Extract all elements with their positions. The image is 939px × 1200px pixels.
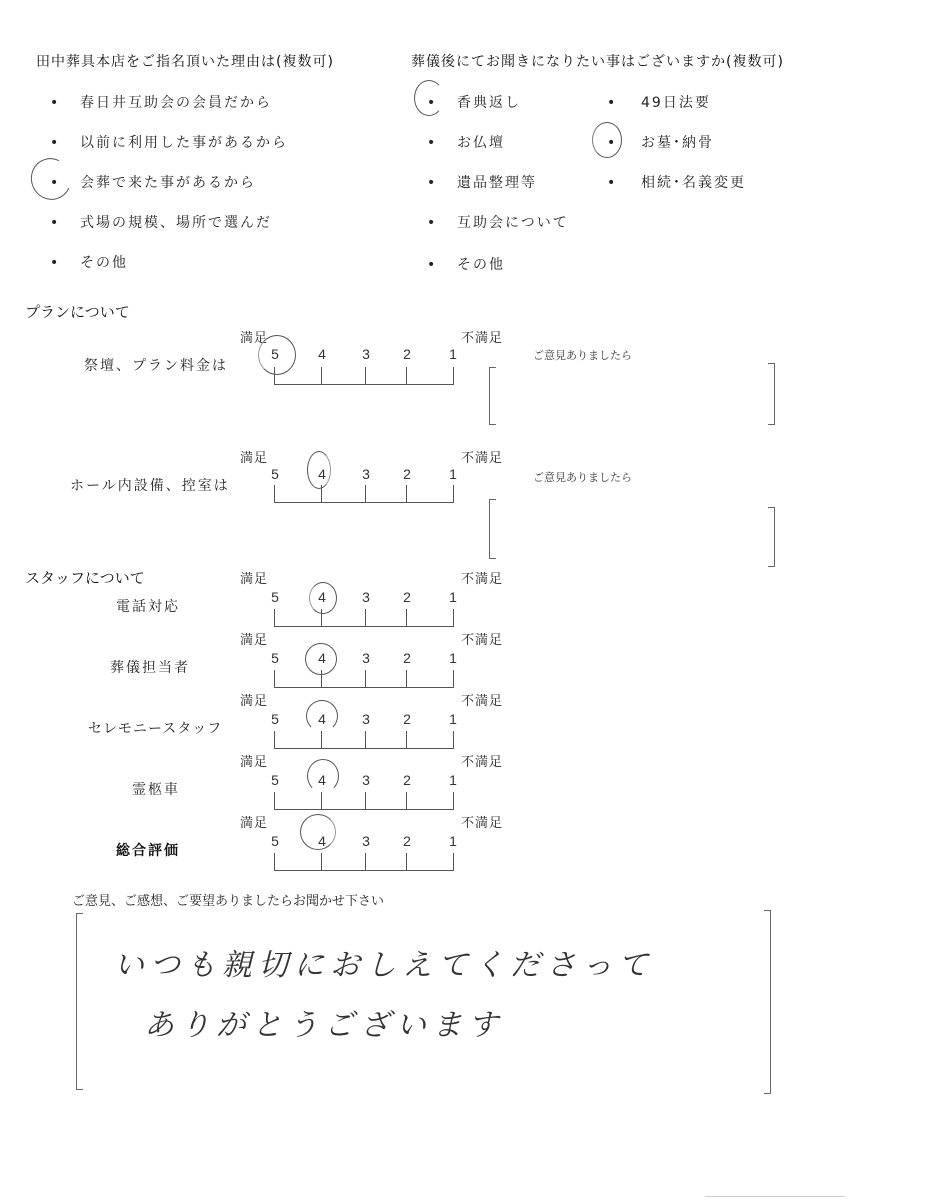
row-label: 葬儀担当者: [110, 657, 190, 677]
scale-number-3[interactable]: 3: [358, 466, 374, 482]
scale-tick: [406, 731, 407, 748]
scale-tick: [453, 792, 454, 809]
reason-option-other[interactable]: •その他: [50, 252, 128, 272]
scale-number-2[interactable]: 2: [399, 650, 415, 666]
selected-rating-circle: [300, 814, 336, 850]
satisfied-label: 満足: [240, 690, 268, 709]
scale-number-3[interactable]: 3: [358, 346, 374, 362]
scale-tick: [365, 485, 366, 503]
unsatisfied-label: 不満足: [461, 447, 503, 466]
plan-section-title: プランについて: [25, 301, 130, 322]
bullet-icon: •: [50, 215, 80, 231]
scale-number-3[interactable]: 3: [358, 589, 374, 605]
scale-tick: [453, 670, 454, 687]
scale-number-5[interactable]: 5: [267, 466, 283, 482]
scale-number-2[interactable]: 2: [399, 833, 415, 849]
inquiry-option-inheritance[interactable]: •相続･名義変更: [607, 172, 746, 192]
scale-tick: [321, 792, 322, 809]
option-label: 遺品整理等: [457, 175, 537, 191]
reason-option-member[interactable]: •春日井互助会の会員だから: [50, 92, 272, 112]
scale-tick: [406, 853, 407, 870]
unsatisfied-label: 不満足: [461, 629, 503, 648]
scale-number-5[interactable]: 5: [267, 589, 283, 605]
bullet-icon: •: [50, 255, 80, 271]
scale-axis: [274, 384, 454, 385]
scale-number-1[interactable]: 1: [445, 466, 461, 482]
comment-box-left-bracket[interactable]: [489, 367, 496, 425]
scale-tick: [365, 853, 366, 870]
row-label: 霊柩車: [132, 779, 180, 799]
scale-number-3[interactable]: 3: [358, 711, 374, 727]
bullet-icon: •: [50, 95, 80, 111]
row-label: セレモニースタッフ: [88, 718, 222, 738]
row-label: 電話対応: [116, 596, 180, 616]
scale-tick: [365, 609, 366, 626]
satisfied-label: 満足: [240, 447, 268, 466]
scale-axis: [274, 502, 454, 503]
scale-tick: [453, 367, 454, 385]
scale-tick: [453, 731, 454, 748]
bullet-icon: •: [427, 257, 457, 273]
inquiry-option-other[interactable]: •その他: [427, 254, 505, 274]
scale-tick: [406, 609, 407, 626]
scale-number-4[interactable]: 4: [314, 346, 330, 362]
scale-number-2[interactable]: 2: [399, 589, 415, 605]
scale-number-5[interactable]: 5: [267, 711, 283, 727]
scale-number-2[interactable]: 2: [399, 466, 415, 482]
bullet-icon: •: [427, 135, 457, 151]
scan-edge-line: [705, 1196, 845, 1197]
feedback-left-bracket: [76, 913, 83, 1090]
scale-number-1[interactable]: 1: [445, 346, 461, 362]
scale-tick: [274, 609, 275, 626]
scale-tick: [365, 731, 366, 748]
bullet-icon: •: [607, 95, 641, 111]
reason-option-attended-funeral[interactable]: •会葬で来た事があるから: [50, 172, 256, 192]
reasons-heading: 田中葬具本店をご指名頂いた理由は(複数可): [36, 51, 334, 71]
reason-option-used-before[interactable]: •以前に利用した事があるから: [50, 132, 288, 152]
rating-row-overall: 総合評価 満足 不満足 5 4 3 2 1: [0, 810, 939, 872]
bullet-icon: •: [427, 215, 457, 231]
scale-number-2[interactable]: 2: [399, 711, 415, 727]
satisfied-label: 満足: [240, 629, 268, 648]
scale-tick: [406, 367, 407, 385]
scale-tick: [406, 485, 407, 503]
option-label: 会葬で来た事があるから: [80, 175, 256, 191]
scale-tick: [453, 609, 454, 626]
scale-number-3[interactable]: 3: [358, 650, 374, 666]
satisfied-label: 満足: [240, 751, 268, 770]
scale-number-1[interactable]: 1: [445, 650, 461, 666]
scale-number-3[interactable]: 3: [358, 772, 374, 788]
comment-box-left-bracket[interactable]: [489, 499, 496, 559]
selection-circle-mark: [592, 122, 622, 158]
scale-number-2[interactable]: 2: [399, 346, 415, 362]
feedback-textarea[interactable]: いつも親切におしえてくださって ありがとうございます: [76, 910, 772, 1090]
scale-tick: [274, 792, 275, 809]
feedback-prompt: ご意見、ご感想、ご要望ありましたらお聞かせ下さい: [72, 890, 384, 909]
reason-option-venue[interactable]: •式場の規模、場所で選んだ: [50, 212, 272, 232]
selected-rating-circle: [307, 759, 339, 793]
option-label: 互助会について: [457, 215, 569, 231]
satisfied-label: 満足: [240, 568, 268, 587]
scale-number-3[interactable]: 3: [358, 833, 374, 849]
option-label: 相続･名義変更: [641, 175, 746, 191]
rating-row-ceremony-staff: セレモニースタッフ 満足 不満足 5 4 3 2 1: [0, 688, 939, 750]
rating-row-phone-response: 電話対応 満足 不満足 5 4 3 2 1: [0, 566, 939, 628]
scale-tick: [274, 853, 275, 870]
selected-rating-circle: [306, 700, 338, 732]
inquiry-option-49-day-memorial[interactable]: •49日法要: [607, 92, 711, 112]
inquiry-option-gojokai[interactable]: •互助会について: [427, 212, 569, 232]
option-label: 春日井互助会の会員だから: [80, 95, 272, 111]
rating-row-altar-plan-price: 祭壇、プラン料金は 満足 不満足 5 4 3 2 1 ご意見ありましたら: [0, 325, 939, 425]
option-label: 49日法要: [641, 95, 711, 111]
comment-prompt: ご意見ありましたら: [533, 347, 632, 363]
unsatisfied-label: 不満足: [461, 751, 503, 770]
scale-tick: [274, 670, 275, 687]
scale-number-2[interactable]: 2: [399, 772, 415, 788]
rating-row-hall-facilities: ホール内設備、控室は 満足 不満足 5 4 3 2 1 ご意見ありましたら: [0, 445, 939, 570]
option-label: お仏壇: [457, 135, 505, 151]
selected-rating-circle: [305, 643, 337, 675]
bullet-icon: •: [427, 175, 457, 191]
satisfied-label: 満足: [240, 812, 268, 831]
handwritten-line-1: いつも親切におしえてくださって: [114, 940, 654, 984]
scale-tick: [365, 792, 366, 809]
rating-row-funeral-director: 葬儀担当者 満足 不満足 5 4 3 2 1: [0, 627, 939, 689]
scale-number-5[interactable]: 5: [267, 650, 283, 666]
scale-tick: [321, 853, 322, 870]
option-label: 以前に利用した事があるから: [80, 135, 288, 151]
scale-tick: [274, 731, 275, 748]
scale-axis: [274, 870, 454, 871]
row-label: 祭壇、プラン料金は: [84, 355, 228, 375]
scale-number-1[interactable]: 1: [445, 589, 461, 605]
comment-prompt: ご意見ありましたら: [533, 469, 632, 485]
row-label: ホール内設備、控室は: [70, 475, 230, 495]
scale-tick: [365, 367, 366, 385]
scale-number-5[interactable]: 5: [267, 833, 283, 849]
unsatisfied-label: 不満足: [461, 812, 503, 831]
inquiry-option-grave-interment[interactable]: •お墓･納骨: [607, 132, 714, 152]
scale-tick: [365, 670, 366, 687]
unsatisfied-label: 不満足: [461, 327, 503, 346]
after-funeral-heading: 葬儀後にてお聞きになりたい事はございますか(複数可): [411, 51, 784, 71]
scale-tick: [274, 485, 275, 503]
inquiry-option-butsudan[interactable]: •お仏壇: [427, 132, 505, 152]
scale-number-1[interactable]: 1: [445, 711, 461, 727]
inquiry-option-ihin-seiri[interactable]: •遺品整理等: [427, 172, 537, 192]
rating-row-hearse: 霊柩車 満足 不満足 5 4 3 2 1: [0, 749, 939, 811]
bullet-icon: •: [50, 135, 80, 151]
scale-number-1[interactable]: 1: [445, 833, 461, 849]
selected-rating-circle: [258, 335, 296, 375]
selected-rating-circle: [309, 582, 337, 614]
option-label: その他: [80, 255, 128, 271]
unsatisfied-label: 不満足: [461, 690, 503, 709]
scale-tick: [453, 853, 454, 870]
comment-box-right-bracket[interactable]: [768, 507, 775, 567]
option-label: お墓･納骨: [641, 135, 714, 151]
scale-tick: [321, 367, 322, 385]
handwritten-line-2: ありがとうございます: [144, 1000, 504, 1044]
row-label: 総合評価: [116, 840, 180, 860]
selected-rating-circle: [307, 451, 331, 489]
selection-circle-mark: [25, 152, 77, 205]
option-label: 香典返し: [457, 95, 521, 111]
feedback-right-bracket: [764, 910, 771, 1094]
scale-tick: [406, 792, 407, 809]
scale-tick: [453, 485, 454, 503]
option-label: 式場の規模、場所で選んだ: [80, 215, 272, 231]
unsatisfied-label: 不満足: [461, 568, 503, 587]
scale-tick: [321, 731, 322, 748]
scale-number-5[interactable]: 5: [267, 772, 283, 788]
scale-number-1[interactable]: 1: [445, 772, 461, 788]
option-label: その他: [457, 257, 505, 273]
scale-tick: [406, 670, 407, 687]
selection-circle-mark: [414, 80, 444, 116]
comment-box-right-bracket[interactable]: [768, 363, 775, 425]
bullet-icon: •: [607, 175, 641, 191]
